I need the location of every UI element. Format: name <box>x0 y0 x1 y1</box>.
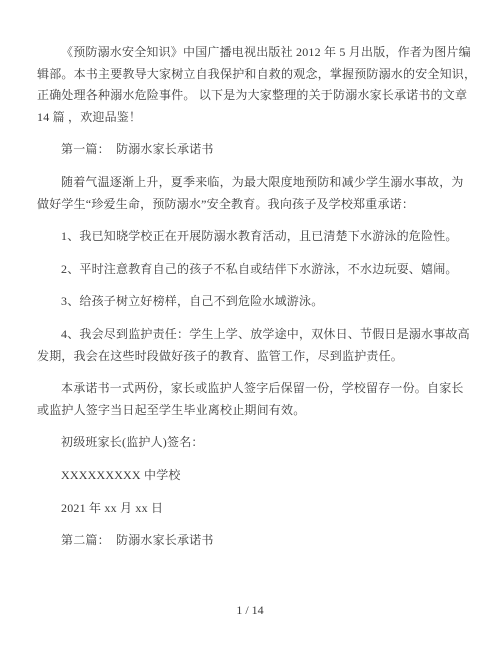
pledge-item-3: 3、给孩子树立好榜样，自己不到危险水域游泳。 <box>37 291 477 313</box>
section-2-heading: 第二篇： 防溺水家长承诺书 <box>37 530 477 552</box>
intro-paragraph: 《预防溺水安全知识》中国广播电视出版社 2012 年 5 月出版，作者为图片编 … <box>37 42 477 128</box>
school-name-line: XXXXXXXXX 中学校 <box>37 465 477 487</box>
pledge-item-2: 2、平时注意教育自己的孩子不私自或结伴下水游泳，不水边玩耍、嬉闹。 <box>37 259 477 281</box>
document-body: 《预防溺水安全知识》中国广播电视出版社 2012 年 5 月出版，作者为图片编 … <box>37 42 477 563</box>
date-line: 2021 年 xx 月 xx 日 <box>37 498 477 520</box>
signature-line: 初级班家长(监护人)签名： <box>37 432 477 454</box>
document-page: 《预防溺水安全知识》中国广播电视出版社 2012 年 5 月出版，作者为图片编 … <box>0 0 500 647</box>
section-1-heading: 第一篇： 防溺水家长承诺书 <box>37 139 477 161</box>
page-number-indicator: 1 / 14 <box>0 602 500 618</box>
pledge-item-4: 4、我会尽到监护责任：学生上学、放学途中，双休日、节假日是溺水事故高 发期，我会… <box>37 324 477 367</box>
opening-paragraph: 随着气温逐渐上升，夏季来临，为最大限度地预防和减少学生溺水事故，为 做好学生“珍… <box>37 172 477 215</box>
pledge-item-1: 1、我已知晓学校正在开展防溺水教育活动，且已清楚下水游泳的危险性。 <box>37 226 477 248</box>
validity-paragraph: 本承诺书一式两份，家长或监护人签字后保留一份，学校留存一份。自家长 或监护人签字… <box>37 378 477 421</box>
